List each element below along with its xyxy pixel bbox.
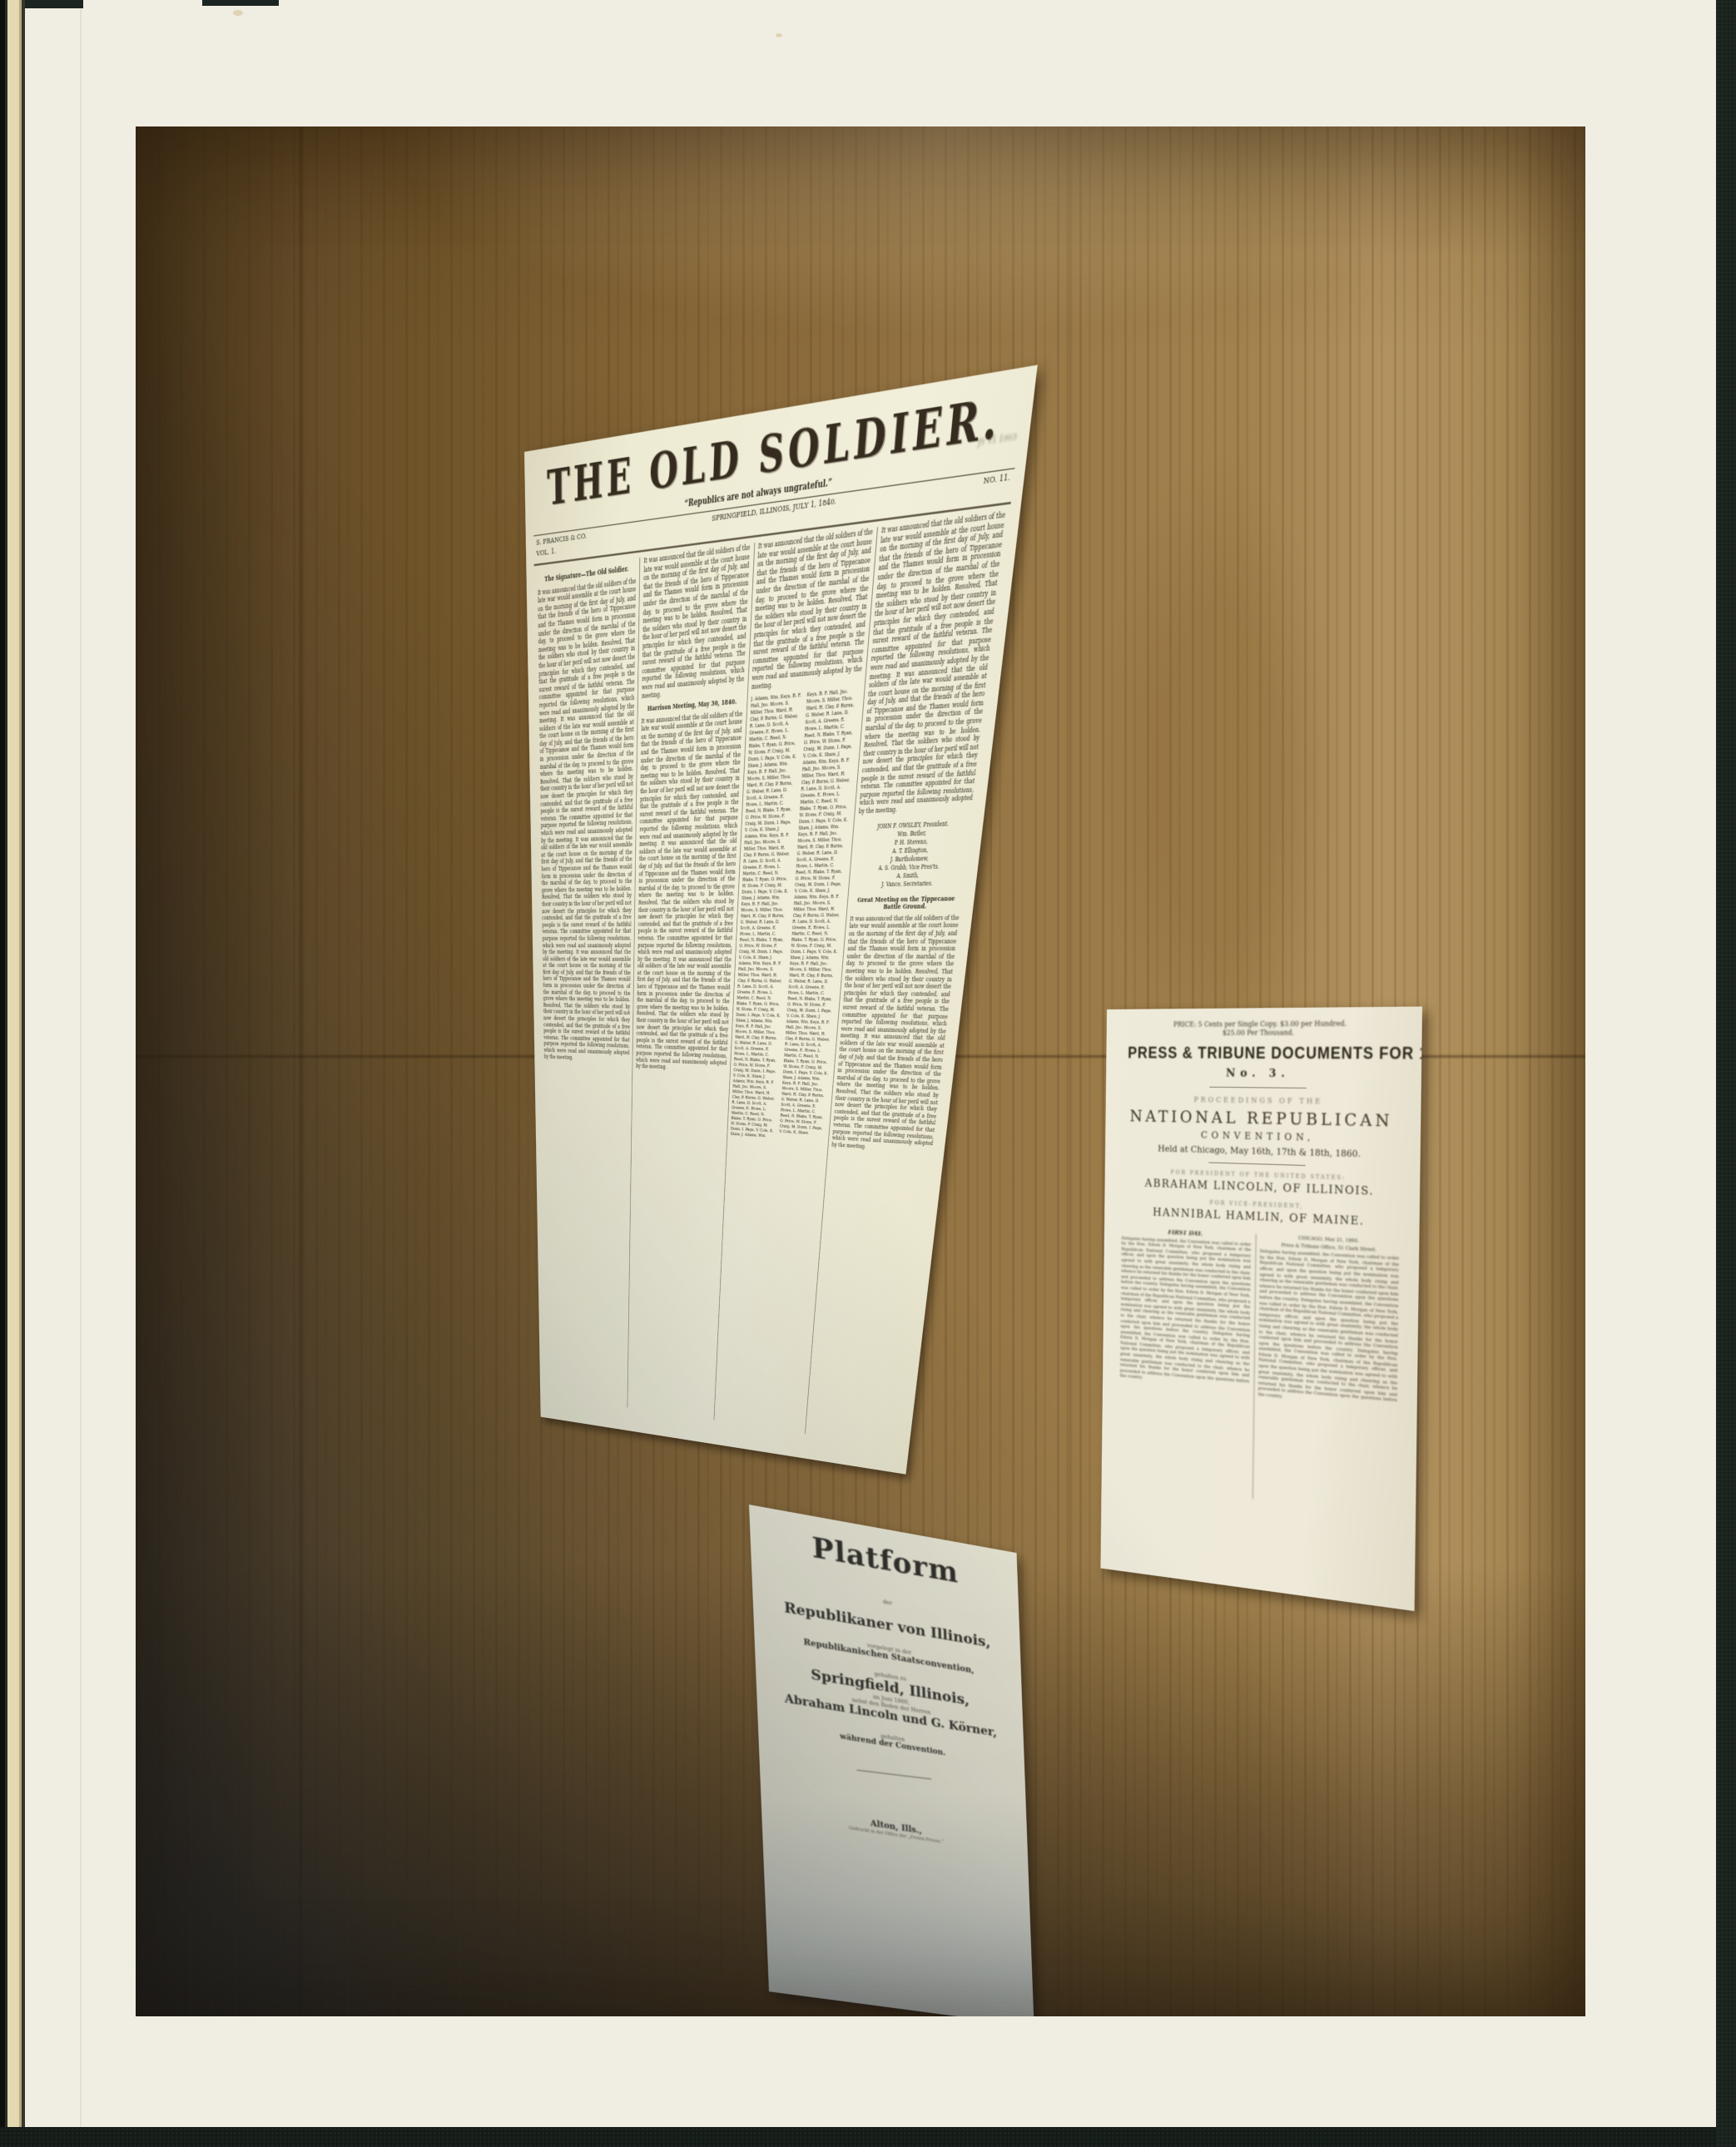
pamphlet-body-text: Delegates having assembled, the Conventi…	[1258, 1249, 1399, 1411]
pamphlet-number: No. 3.	[1119, 1066, 1406, 1081]
platform-pamphlet: Platform der Republikaner von Illinois, …	[749, 1505, 1034, 2016]
rule	[1208, 1163, 1305, 1167]
newspaper-body-text: It was announced that the old soldiers o…	[751, 528, 873, 692]
pamphlet-body-text: Delegates having assembled, the Conventi…	[1120, 1236, 1252, 1391]
pamphlet-column-1: FIRST DAY. Delegates having assembled, t…	[1115, 1227, 1256, 1499]
print-stain	[776, 33, 782, 37]
print-stain	[233, 10, 243, 16]
convention-date-line: Held at Chicago, May 16th, 17th & 18th, …	[1118, 1143, 1405, 1161]
column-heading: Great Meeting on the Tippecanoe Battle G…	[851, 895, 961, 912]
photo-album-page: THE OLD SOLDIER. “Republics are not alwa…	[0, 0, 1736, 2147]
album-edge-sliver	[202, 0, 279, 6]
rule	[1209, 1087, 1306, 1088]
proceedings-label: PROCEEDINGS OF THE	[1119, 1095, 1406, 1108]
print-crease	[80, 0, 82, 2127]
newspaper-body-text: It was announced that the old soldiers o…	[636, 710, 742, 1073]
album-edge-sliver	[25, 0, 83, 8]
meeting-officers: JOHN F. OWSLEY, President. Wm. Butler, P…	[852, 819, 970, 890]
album-edge-right	[1716, 0, 1736, 2147]
newspaper-issue-number: NO. 11.	[983, 472, 1011, 486]
museum-display-photo: THE OLD SOLDIER. “Republics are not alwa…	[136, 126, 1585, 2016]
rule	[856, 1770, 931, 1780]
convention-title-2: CONVENTION,	[1118, 1128, 1405, 1145]
price-line-2: $25.00 Per Thousand.	[1120, 1029, 1406, 1038]
album-binding-edge	[0, 0, 25, 2147]
newspaper-volume: VOL. 1.	[536, 546, 556, 558]
newspaper-body-text: It was announced that the old soldiers o…	[642, 543, 751, 700]
newspaper-column-1: The Signature—The Old Soldier. It was an…	[534, 558, 640, 1407]
press-tribune-document: PRICE: 5 Cents per Single Copy. $3.00 pe…	[1100, 1006, 1422, 1611]
pamphlet-columns: FIRST DAY. Delegates having assembled, t…	[1115, 1227, 1404, 1516]
photo-print-border: THE OLD SOLDIER. “Republics are not alwa…	[25, 0, 1716, 2127]
newspaper-body-text: It was announced that the old soldiers o…	[858, 510, 1005, 816]
convention-title: NATIONAL REPUBLICAN	[1119, 1107, 1406, 1131]
album-edge-bottom	[0, 2127, 1736, 2147]
newspaper-body-text: It was announced that the old soldiers o…	[831, 914, 960, 1153]
platform-city: Alton, Ills.,	[778, 1805, 1011, 1849]
pamphlet-headline: PRESS & TRIBUNE DOCUMENTS FOR 1860	[1128, 1044, 1396, 1064]
newspaper-body-text: It was announced that the old soldiers o…	[538, 577, 636, 1063]
pamphlet-column-2: CHICAGO, May 21, 1860. Press & Tribune O…	[1252, 1234, 1403, 1516]
